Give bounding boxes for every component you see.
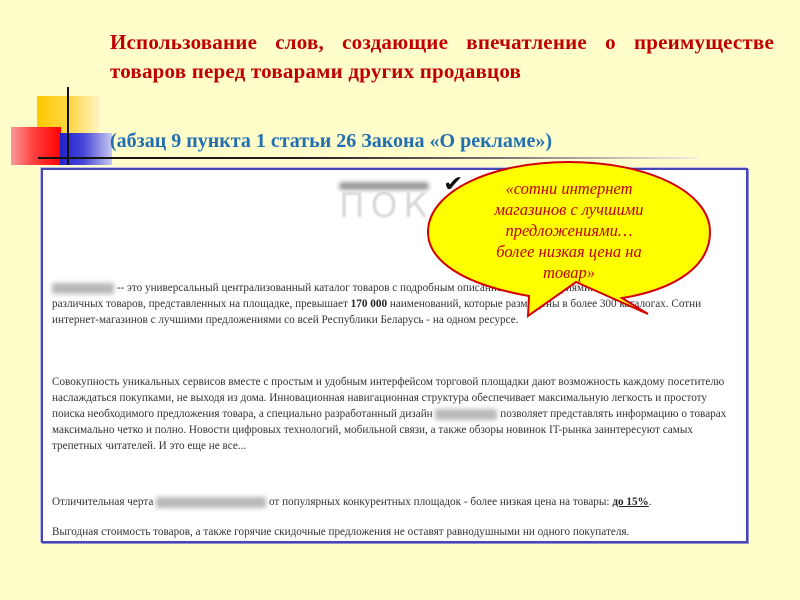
- paragraph-line: Выгодная стоимость товаров, а также горя…: [52, 524, 742, 540]
- callout-bubble: «сотни интернет магазинов с лучшими пред…: [426, 156, 712, 316]
- site-logo: ПОК: [339, 186, 433, 226]
- decor-red-square: [11, 127, 61, 165]
- callout-line: более низкая цена на: [454, 241, 684, 262]
- decor-vertical-line: [67, 87, 69, 165]
- callout-line: «сотни интернет: [454, 178, 684, 199]
- callout-line: товар»: [454, 262, 684, 283]
- brand-blurred: Pokupay.by: [52, 283, 114, 294]
- callout-line: магазинов с лучшими: [454, 199, 684, 220]
- callout-line: предложениями…: [454, 220, 684, 241]
- callout-text: «сотни интернет магазинов с лучшими пред…: [454, 178, 684, 283]
- brand-blurred: www.pokupay.by: [156, 497, 266, 508]
- paragraph-line: Совокупность уникальных сервисов вместе …: [52, 374, 742, 390]
- paragraph-distinction: Отличительная черта www.pokupay.by от по…: [52, 494, 742, 510]
- paragraph-line: различных товаров, представленных на пло…: [52, 298, 348, 310]
- slide-title: Использование слов, создающие впечатлени…: [110, 28, 774, 86]
- paragraph-line: Отличительная черта: [52, 496, 153, 508]
- paragraph-pricing: Выгодная стоимость товаров, а также горя…: [52, 524, 742, 540]
- paragraph-line: позволяет представлять информацию о това…: [500, 408, 726, 420]
- item-count: 170 000: [351, 298, 387, 310]
- paragraph-line: поиска необходимого предложения товара, …: [52, 408, 433, 420]
- paragraph-services: Совокупность уникальных сервисов вместе …: [52, 374, 742, 454]
- punctuation: .: [649, 496, 652, 508]
- brand-blurred: pokupay.by: [435, 409, 497, 420]
- slide-subtitle: (абзац 9 пункта 1 статьи 26 Закона «О ре…: [110, 128, 552, 154]
- paragraph-line: трепетных читателей. И это еще не все...: [52, 438, 742, 454]
- paragraph-line: наслаждаться покупками, не выходя из дом…: [52, 390, 742, 406]
- paragraph-line: от популярных конкурентных площадок - бо…: [269, 496, 610, 508]
- paragraph-line: максимально четко и полно. Новости цифро…: [52, 422, 742, 438]
- discount-highlight: до 15%: [612, 496, 648, 508]
